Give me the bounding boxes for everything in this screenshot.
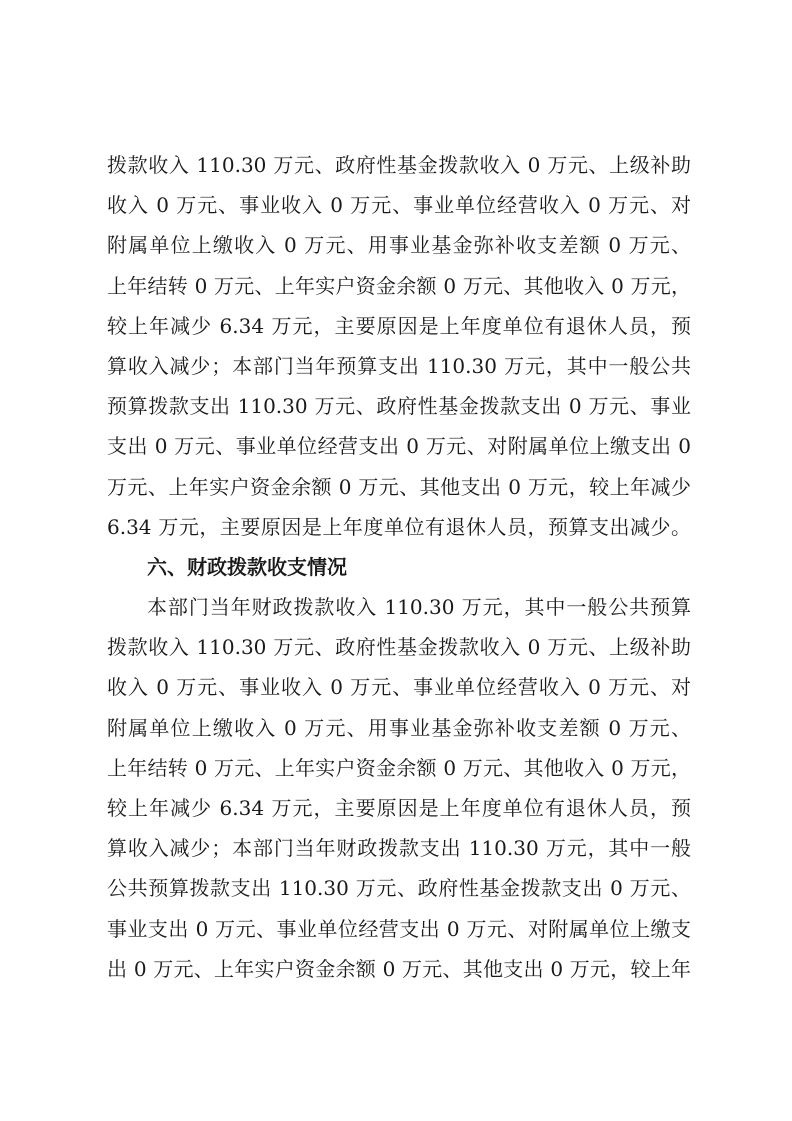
text-line: 附属单位上缴收入 0 万元、用事业基金弥补收支差额 0 万元、	[107, 225, 691, 265]
text-line: 出 0 万元、上年实户资金余额 0 万元、其他支出 0 万元，较上年	[107, 949, 691, 989]
text-line: 较上年减少 6.34 万元，主要原因是上年度单位有退休人员，预	[107, 788, 691, 828]
text-line: 公共预算拨款支出 110.30 万元、政府性基金拨款支出 0 万元、	[107, 868, 691, 908]
text-line: 本部门当年财政拨款收入 110.30 万元，其中一般公共预算	[107, 587, 691, 627]
text-line: 收入 0 万元、事业收入 0 万元、事业单位经营收入 0 万元、对	[107, 185, 691, 225]
section-heading: 六、财政拨款收支情况	[107, 547, 691, 587]
text-line: 6.34 万元，主要原因是上年度单位有退休人员，预算支出减少。	[107, 507, 691, 547]
text-line: 收入 0 万元、事业收入 0 万元、事业单位经营收入 0 万元、对	[107, 667, 691, 707]
text-line: 上年结转 0 万元、上年实户资金余额 0 万元、其他收入 0 万元，	[107, 266, 691, 306]
text-line: 万元、上年实户资金余额 0 万元、其他支出 0 万元，较上年减少	[107, 467, 691, 507]
text-line: 附属单位上缴收入 0 万元、用事业基金弥补收支差额 0 万元、	[107, 708, 691, 748]
text-line: 算收入减少；本部门当年财政拨款支出 110.30 万元，其中一般	[107, 828, 691, 868]
text-line: 上年结转 0 万元、上年实户资金余额 0 万元、其他收入 0 万元，	[107, 748, 691, 788]
text-line: 事业支出 0 万元、事业单位经营支出 0 万元、对附属单位上缴支	[107, 909, 691, 949]
text-line: 拨款收入 110.30 万元、政府性基金拨款收入 0 万元、上级补助	[107, 627, 691, 667]
text-line: 支出 0 万元、事业单位经营支出 0 万元、对附属单位上缴支出 0	[107, 426, 691, 466]
text-line: 预算拨款支出 110.30 万元、政府性基金拨款支出 0 万元、事业	[107, 386, 691, 426]
paragraph-budget-summary: 拨款收入 110.30 万元、政府性基金拨款收入 0 万元、上级补助 收入 0 …	[107, 145, 691, 547]
text-line: 算收入减少；本部门当年预算支出 110.30 万元，其中一般公共	[107, 346, 691, 386]
text-line: 拨款收入 110.30 万元、政府性基金拨款收入 0 万元、上级补助	[107, 145, 691, 185]
document-page: 拨款收入 110.30 万元、政府性基金拨款收入 0 万元、上级补助 收入 0 …	[107, 145, 691, 989]
paragraph-fiscal-appropriation: 本部门当年财政拨款收入 110.30 万元，其中一般公共预算 拨款收入 110.…	[107, 587, 691, 989]
text-line: 较上年减少 6.34 万元，主要原因是上年度单位有退休人员，预	[107, 306, 691, 346]
